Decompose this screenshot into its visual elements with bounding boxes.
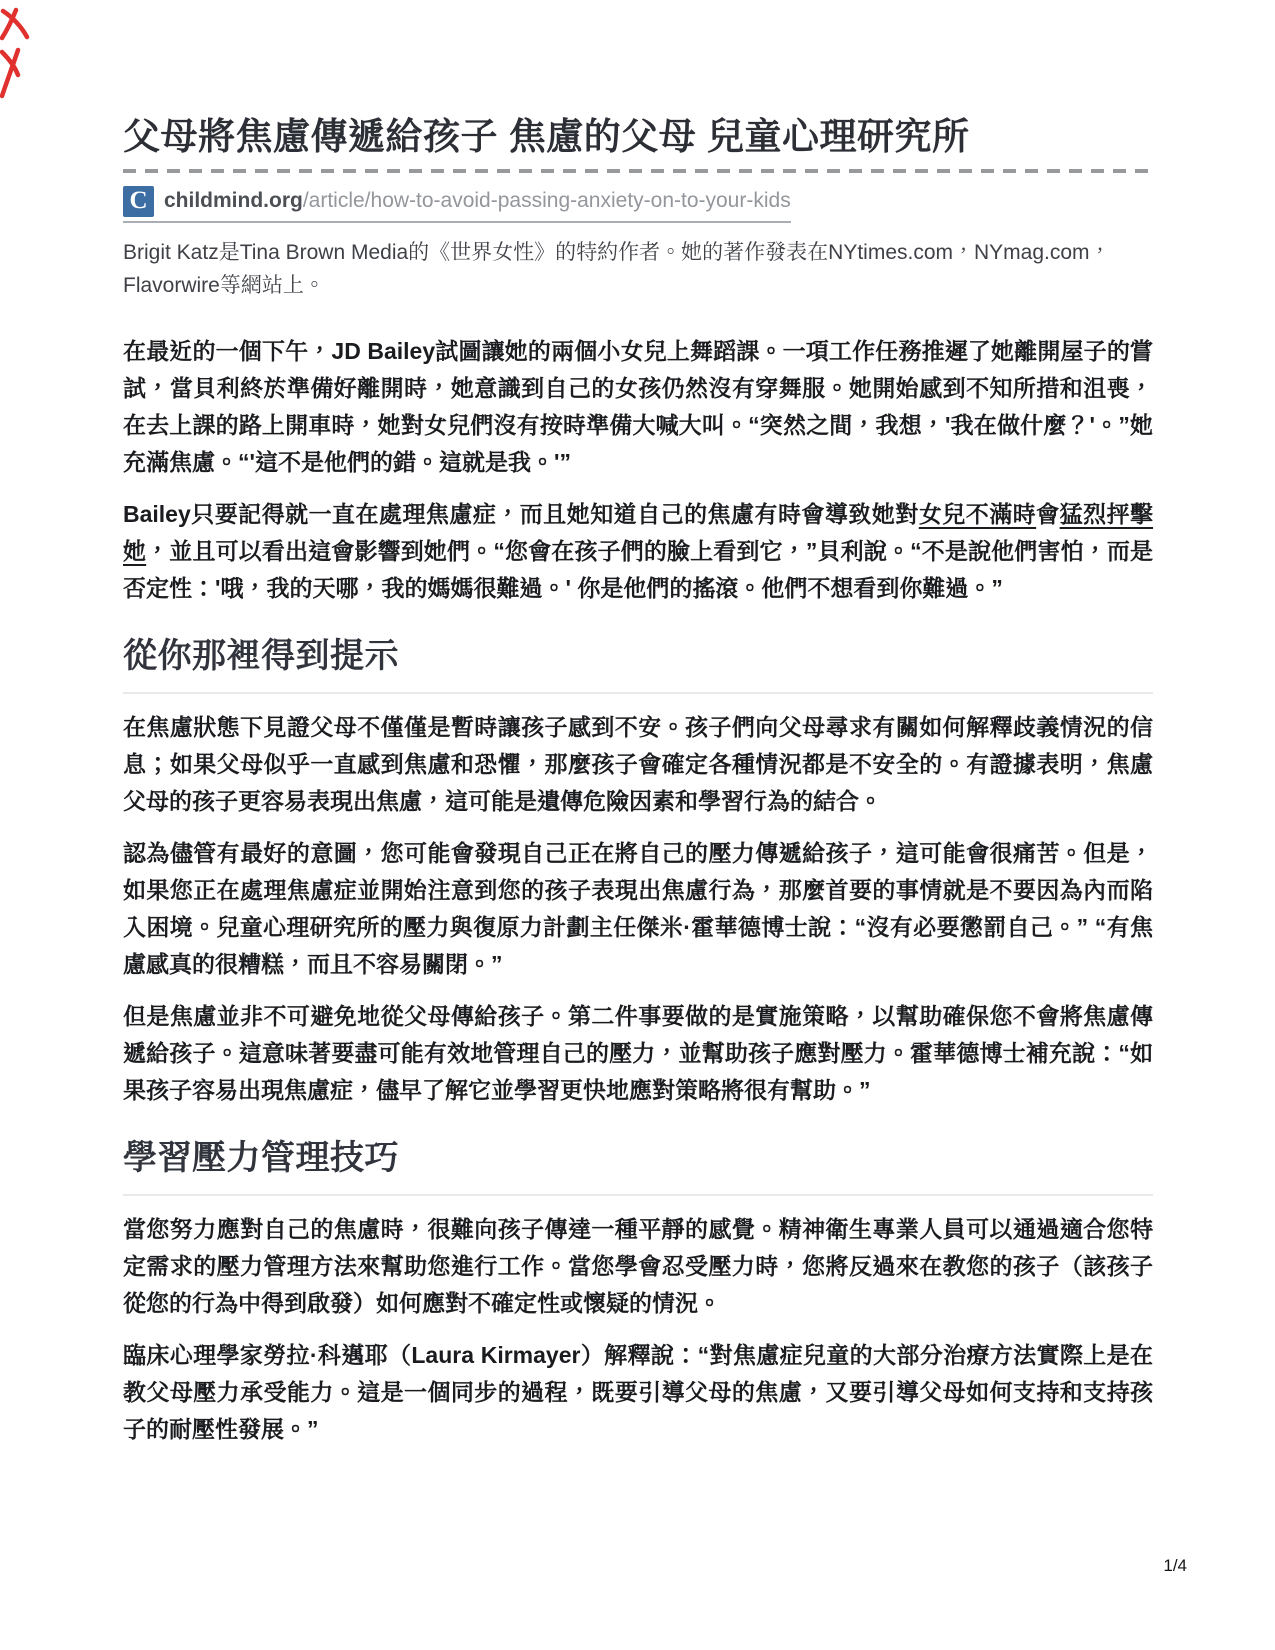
- page-number: 1/4: [1163, 1556, 1187, 1576]
- section-heading-stress-management: 學習壓力管理技巧: [123, 1136, 1153, 1196]
- source-path: /article/how-to-avoid-passing-anxiety-on…: [303, 189, 791, 212]
- article-content: 父母將焦慮傳遞給孩子 焦慮的父母 兒童心理研究所 C childmind.org…: [123, 0, 1153, 1448]
- paragraph-text: Bailey只要記得就一直在處理焦慮症，而且她知道自己的焦慮有時會導致她對: [123, 501, 919, 527]
- section1-paragraph-3: 但是焦慮並非不可避免地從父母傳給孩子。第二件事要做的是實施策略，以幫助確保您不會…: [123, 998, 1153, 1109]
- intro-paragraph-1: 在最近的一個下午，JD Bailey試圖讓她的兩個小女兒上舞蹈課。一項工作任務推…: [123, 333, 1153, 481]
- intro-paragraph-2: Bailey只要記得就一直在處理焦慮症，而且她知道自己的焦慮有時會導致她對女兒不…: [123, 496, 1153, 607]
- page-title: 父母將焦慮傳遞給孩子 焦慮的父母 兒童心理研究所: [123, 112, 1153, 162]
- red-pen-mark: [0, 4, 30, 102]
- section2-paragraph-1: 當您努力應對自己的焦慮時，很難向孩子傳達一種平靜的感覺。精神衛生專業人員可以通過…: [123, 1211, 1153, 1322]
- site-favicon-icon: C: [123, 186, 154, 217]
- dashed-divider: [123, 169, 1153, 173]
- source-url-text: childmind.org/article/how-to-avoid-passi…: [164, 189, 791, 213]
- inline-link-daughters[interactable]: 女兒不滿時: [919, 501, 1036, 527]
- section1-paragraph-2: 認為儘管有最好的意圖，您可能會發現自己正在將自己的壓力傳遞給孩子，這可能會很痛苦…: [123, 835, 1153, 983]
- section-heading-cues: 從你那裡得到提示: [123, 634, 1153, 694]
- author-note: Brigit Katz是Tina Brown Media的《世界女性》的特約作者…: [123, 236, 1153, 302]
- source-url-link[interactable]: C childmind.org/article/how-to-avoid-pas…: [123, 186, 791, 223]
- document-page: { "page": { "number_label": "1/4" }, "he…: [0, 0, 1275, 1650]
- section2-paragraph-2: 臨床心理學家勞拉·科邁耶（Laura Kirmayer）解釋說：“對焦慮症兒童的…: [123, 1337, 1153, 1448]
- paragraph-text: ，並且可以看出這會影響到她們。“您會在孩子們的臉上看到它，”貝利說。“不是說他們…: [123, 538, 1153, 601]
- source-domain: childmind.org: [164, 189, 303, 212]
- section1-paragraph-1: 在焦慮狀態下見證父母不僅僅是暫時讓孩子感到不安。孩子們向父母尋求有關如何解釋歧義…: [123, 709, 1153, 820]
- paragraph-text: 會: [1036, 501, 1059, 527]
